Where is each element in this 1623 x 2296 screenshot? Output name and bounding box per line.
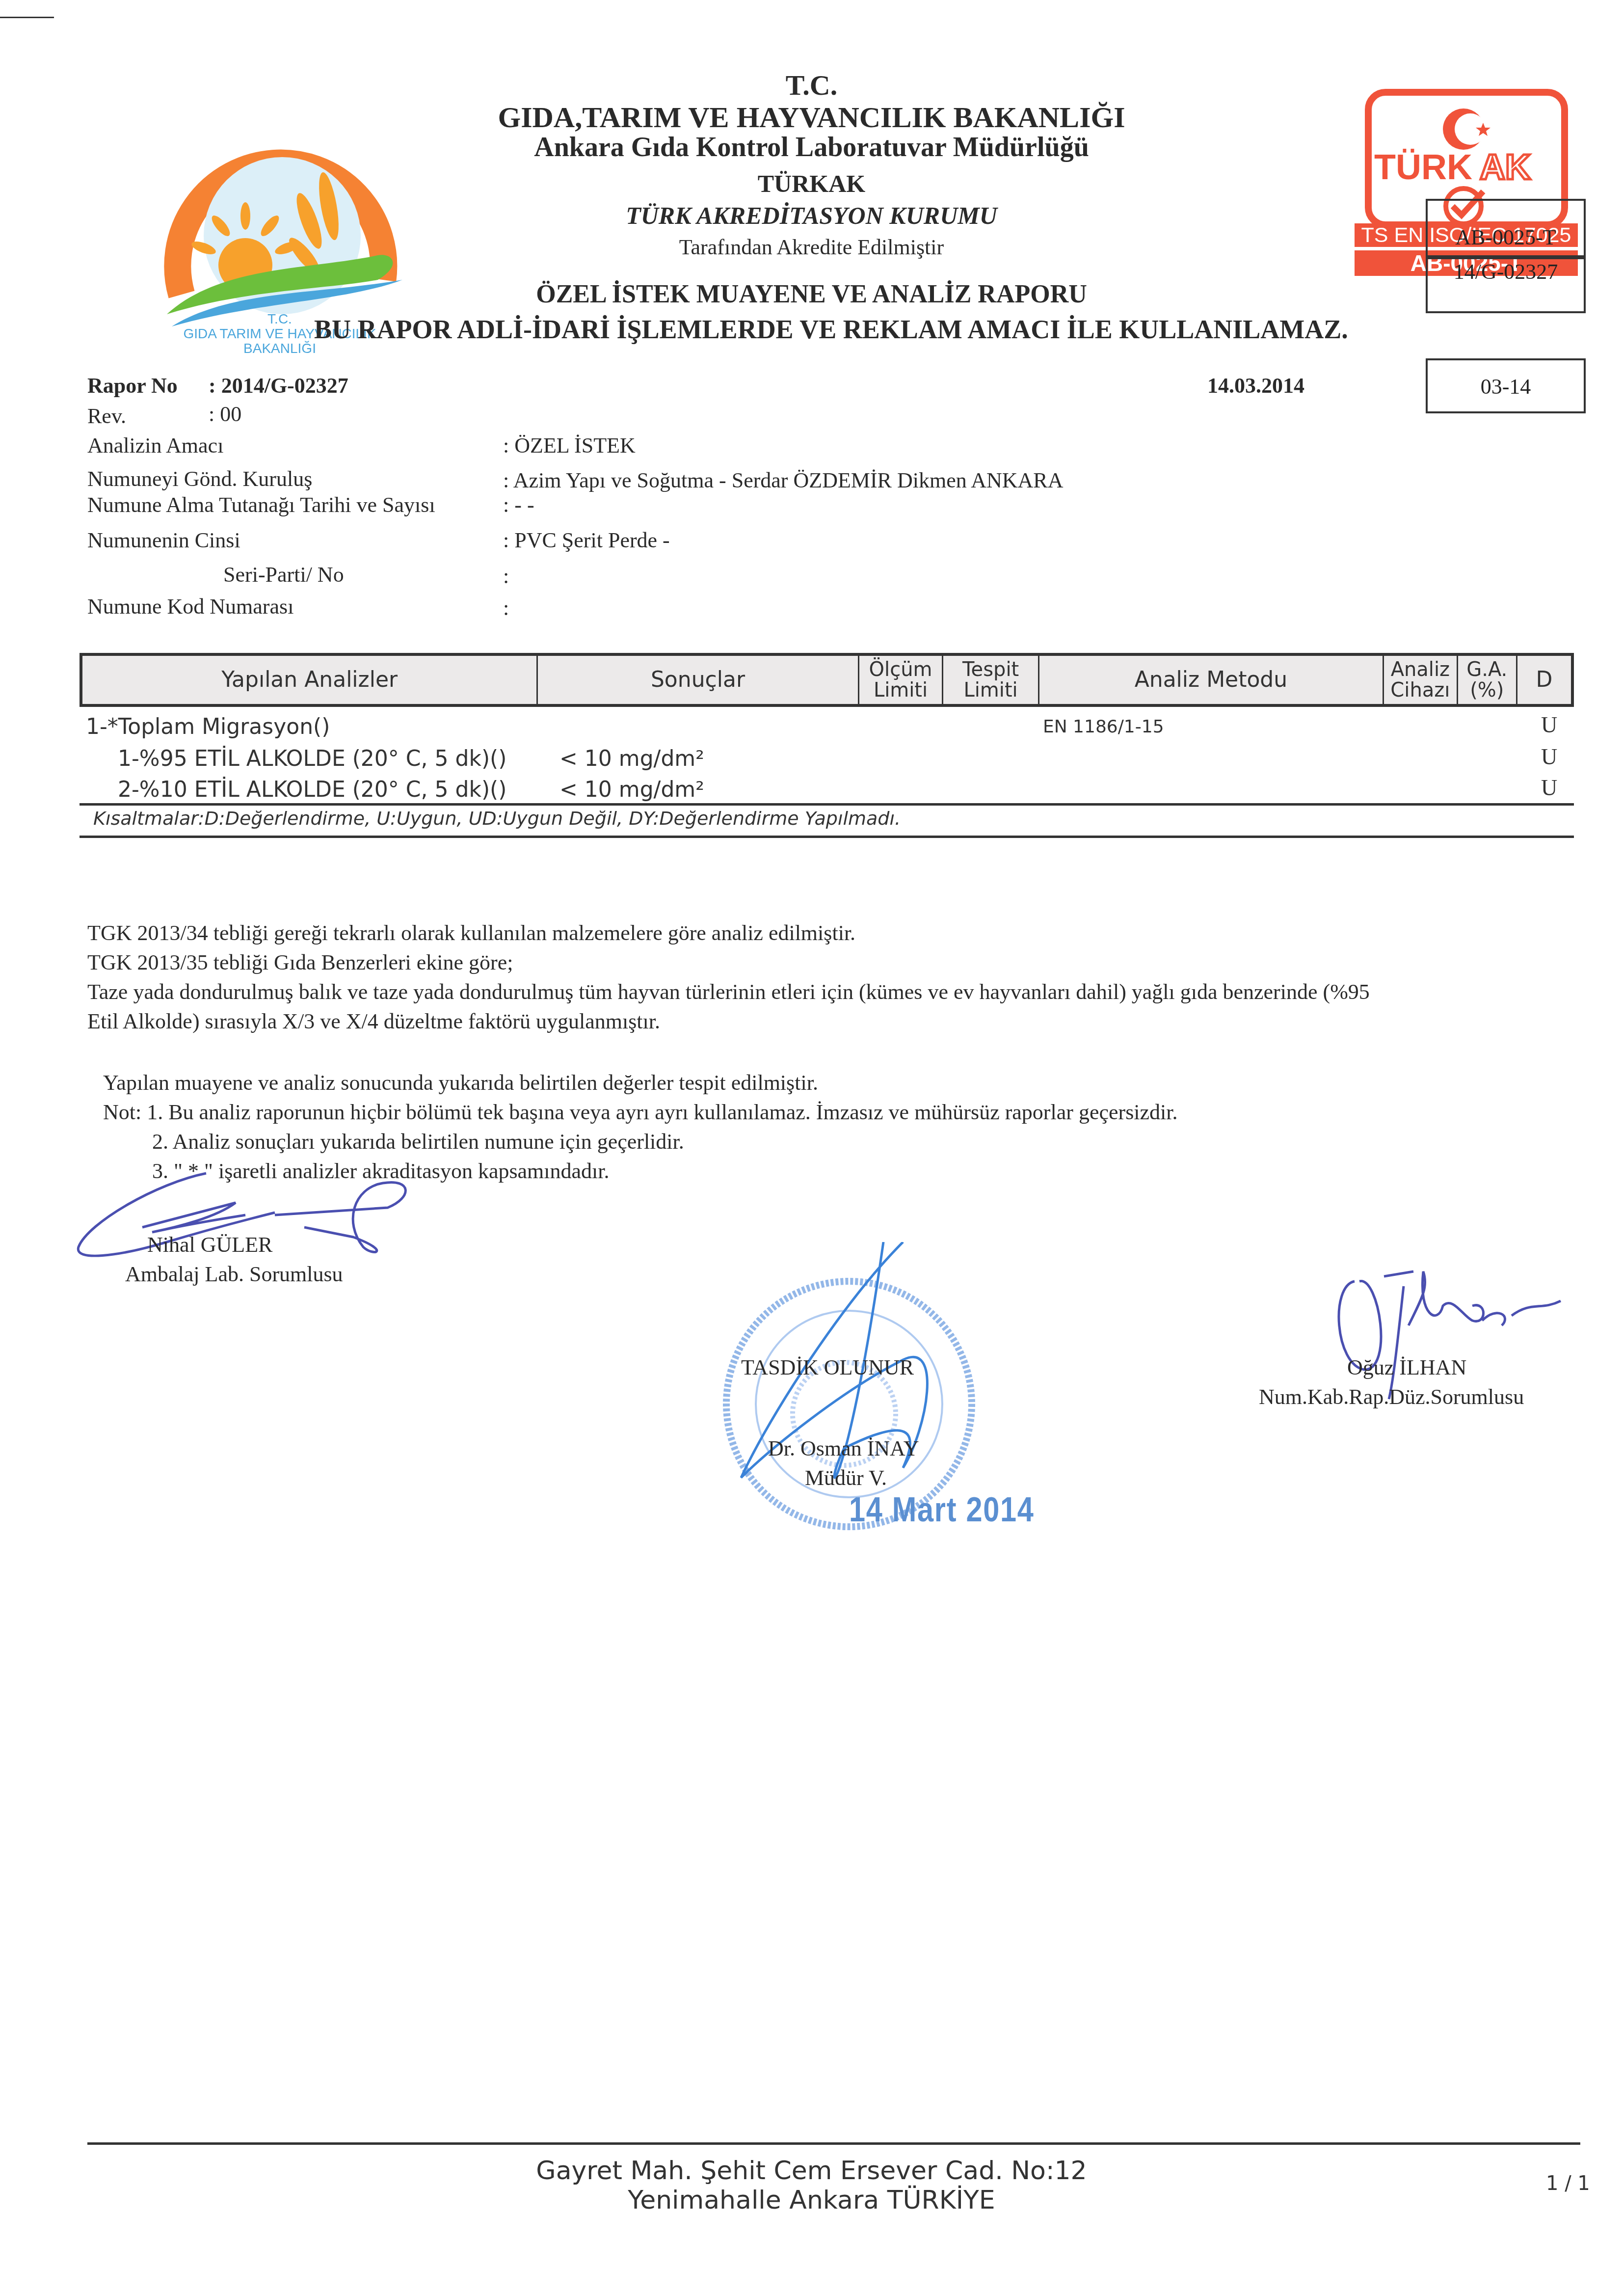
ref-period: 03-14 (1426, 358, 1586, 413)
col-analyses: Yapılan Analizler (82, 656, 538, 704)
table-row-evaluation: U (1541, 744, 1557, 770)
col-uncertainty: G.A. (%) (1458, 656, 1517, 704)
signature-right (1325, 1257, 1580, 1404)
tgk-note: Etil Alkolde) sırasıyla X/3 ve X/4 düzel… (87, 1009, 660, 1034)
field-label: Seri-Parti/ No (223, 562, 344, 587)
footer-rule (87, 2142, 1580, 2145)
table-row-method: EN 1186/1-15 (1043, 717, 1164, 737)
approval-text: TASDİK OLUNUR (741, 1355, 914, 1380)
sample-type: PVC Şerit Perde - (514, 528, 670, 552)
table-divider (80, 803, 1574, 806)
left-signatory-name: Nihal GÜLER (147, 1232, 272, 1257)
note-1: Not: 1. Bu analiz raporunun hiçbir bölüm… (103, 1100, 1177, 1125)
analysis-purpose: ÖZEL İSTEK (514, 433, 635, 458)
field-label: Numunenin Cinsi (87, 528, 240, 553)
table-row-analysis: 2-%10 ETİL ALKOLDE (20° C, 5 dk)() (118, 777, 506, 802)
report-no: : 2014/G-02327 (209, 373, 348, 398)
col-device: Analiz Cihazı (1384, 656, 1458, 704)
ref-report-code: 14/G-02327 (1426, 255, 1586, 313)
left-signatory-title: Ambalaj Lab. Sorumlusu (125, 1262, 343, 1287)
field-value: : (503, 595, 509, 621)
col-measurement-limit: Ölçüm Limiti (859, 656, 944, 704)
note-2: 2. Analiz sonuçları yukarıda belirtilen … (152, 1129, 684, 1154)
field-label: Numune Kod Numarası (87, 594, 293, 619)
scan-edge-line (0, 17, 54, 18)
right-signatory-title: Num.Kab.Rap.Düz.Sorumlusu (1259, 1384, 1524, 1409)
table-row-analysis: 1-%95 ETİL ALKOLDE (20° C, 5 dk)() (118, 746, 506, 771)
tgk-note: Taze yada dondurulmuş balık ve taze yada… (87, 979, 1370, 1004)
col-evaluation: D (1517, 656, 1571, 704)
table-divider (80, 836, 1574, 838)
field-value: : ÖZEL İSTEK (503, 433, 636, 458)
table-row-analysis: 1-*Toplam Migrasyon() (86, 714, 330, 739)
field-value: : (503, 564, 509, 589)
page-number: 1 / 1 (1546, 2172, 1590, 2195)
usage-warning: BU RAPOR ADLİ-İDARİ İŞLEMLERDE VE REKLAM… (314, 314, 1348, 345)
report-no-value: 2014/G-02327 (221, 374, 348, 398)
field-value: : - - (503, 492, 534, 517)
rev: : 00 (209, 402, 241, 427)
abbreviations: Kısaltmalar:D:Değerlendirme, U:Uygun, UD… (93, 808, 901, 829)
col-results: Sonuçlar (538, 656, 859, 704)
table-row-evaluation: U (1541, 712, 1557, 738)
report-date: 14.03.2014 (1207, 373, 1304, 398)
field-label: Numune Alma Tutanağı Tarihi ve Sayısı (87, 492, 435, 517)
stamp-date: 14 Mart 2014 (849, 1490, 1035, 1529)
ref-accreditation-code: AB-0025-T (1426, 199, 1586, 259)
results-table-header: Yapılan Analizler Sonuçlar Ölçüm Limiti … (80, 653, 1574, 707)
tgk-note: TGK 2013/34 tebliği gereği tekrarlı olar… (87, 920, 855, 945)
field-label: Analizin Amacı (87, 433, 223, 458)
right-signatory-name: Oğuz İLHAN (1347, 1355, 1466, 1380)
field-label: Numuneyi Gönd. Kuruluş (87, 466, 312, 491)
svg-text:TÜRK: TÜRK (1374, 148, 1472, 187)
table-row-result: < 10 mg/dm² (559, 777, 704, 802)
table-row-evaluation: U (1541, 775, 1557, 801)
field-value: : PVC Şerit Perde - (503, 528, 670, 553)
col-detection-limit: Tespit Limiti (943, 656, 1039, 704)
field-value: : Azim Yapı ve Soğutma - Serdar ÖZDEMİR … (503, 468, 1064, 493)
rev-label: Rev. (87, 404, 126, 429)
center-signatory-title: Müdür V. (805, 1465, 887, 1490)
sampling-record: - - (514, 493, 534, 517)
result-statement: Yapılan muayene ve analiz sonucunda yuka… (103, 1070, 818, 1095)
svg-text:AK: AK (1480, 148, 1531, 187)
footer-address-line2: Yenimahalle Ankara TÜRKİYE (0, 2186, 1623, 2215)
tgk-note: TGK 2013/35 tebliği Gıda Benzerleri ekin… (87, 950, 513, 975)
sending-organization: Azim Yapı ve Soğutma - Serdar ÖZDEMİR Di… (513, 468, 1064, 492)
rev-value: 00 (220, 402, 241, 426)
table-row-result: < 10 mg/dm² (559, 746, 704, 771)
report-no-label: Rapor No (87, 373, 178, 398)
center-signatory-name: Dr. Osman İNAY (768, 1436, 919, 1461)
signature-left (69, 1168, 442, 1276)
footer-address-line1: Gayret Mah. Şehit Cem Ersever Cad. No:12 (0, 2156, 1623, 2186)
col-method: Analiz Metodu (1039, 656, 1384, 704)
